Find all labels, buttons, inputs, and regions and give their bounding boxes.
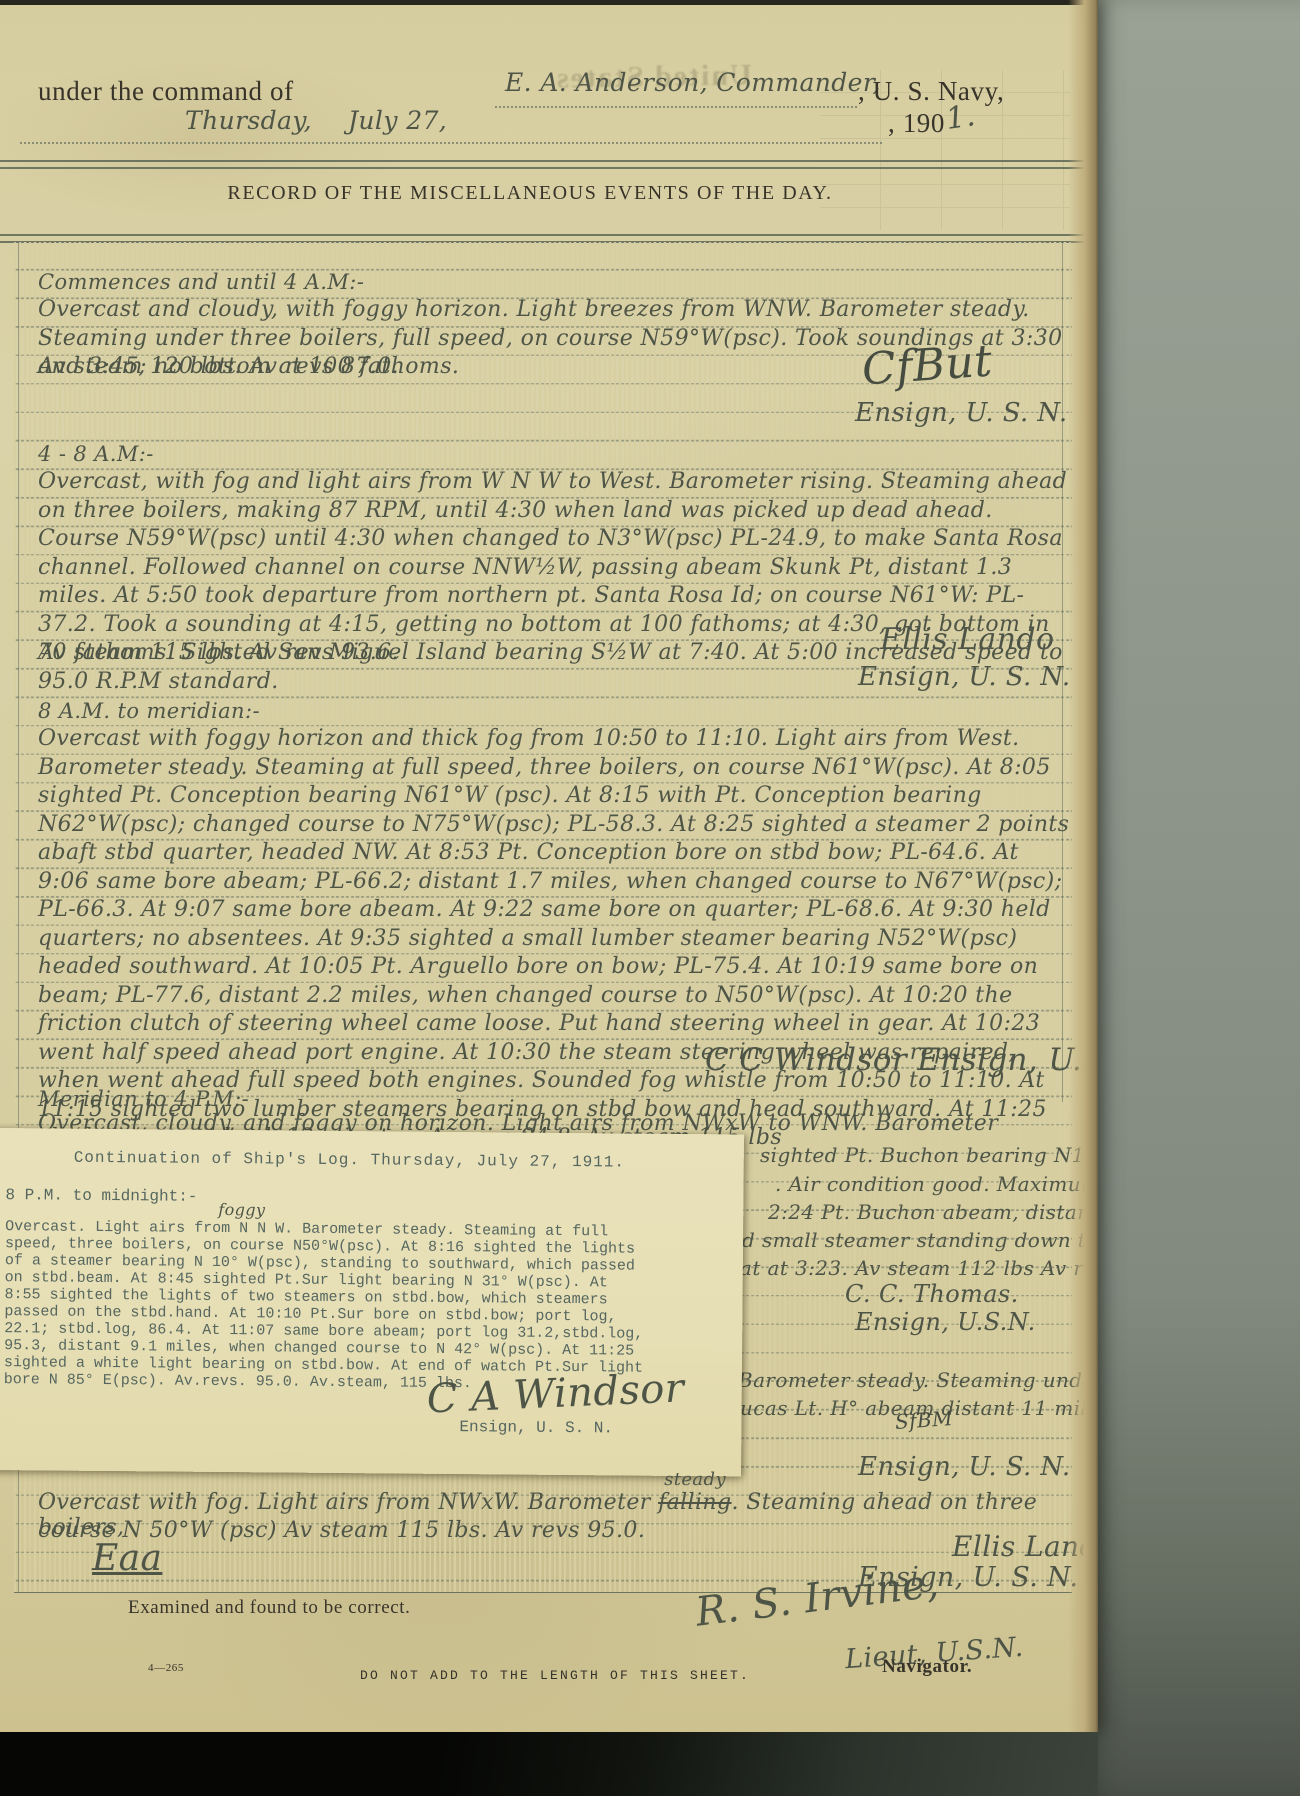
log-fragment: 2:24 Pt. Buchon abeam, distant — [768, 1200, 1098, 1224]
log-fragment: Barometer steady. Steaming under — [738, 1368, 1098, 1392]
struck-word: falling — [658, 1490, 731, 1515]
watch-entry-stats: Av steam 120 lbs. Av revs 87.0. — [38, 353, 399, 382]
command-prefix-label: under the command of — [38, 76, 294, 107]
watch-heading: 4 - 8 A.M:- — [38, 440, 154, 469]
signature: CfBut — [860, 336, 994, 396]
page-title: RECORD OF THE MISCELLANEOUS EVENTS OF TH… — [0, 182, 1060, 205]
signature-rank: Ensign, U. S. N. — [858, 662, 1071, 692]
signature-rank: Ensign, U.S.N. — [855, 1308, 1036, 1336]
year-handwritten: 1. — [944, 98, 978, 137]
sheet-warning: DO NOT ADD TO THE LENGTH OF THIS SHEET. — [360, 1668, 750, 1683]
watch-heading: 8 A.M. to meridian:- — [38, 697, 260, 726]
continuation-watch-heading: 8 P.M. to midnight:- — [5, 1186, 197, 1206]
log-fragment: . Air condition good. Maximum — [775, 1172, 1098, 1196]
signature: Ellis Lando — [880, 622, 1054, 657]
logbook-page: United States under the command of E. A.… — [0, 0, 1098, 1732]
year-printed: , 190 — [888, 108, 945, 139]
signature-rank: Ensign, U. S. N. — [855, 398, 1068, 428]
log-fragment: at at 3:23. Av steam 112 lbs Av revs 95- — [740, 1256, 1098, 1280]
inserted-word: steady — [664, 1469, 726, 1490]
continuation-sheet: Continuation of Ship's Log. Thursday, Ju… — [0, 1128, 744, 1477]
signature: Ellis Lando — [952, 1530, 1098, 1563]
navy-suffix-label: , U. S. Navy, — [858, 76, 1004, 107]
continuation-body: Overcast. Light airs from N N W. Baromet… — [4, 1218, 645, 1394]
log-fragment: sighted Pt. Buchon bearing N11°W(psc) — [760, 1143, 1098, 1167]
continuation-title: Continuation of Ship's Log. Thursday, Ju… — [74, 1149, 625, 1172]
scan-bottom-shadow — [0, 1732, 1098, 1796]
handwritten-insertion: foggy — [218, 1200, 265, 1219]
commander-name: E. A. Anderson, Commander, — [505, 68, 881, 97]
date: July 27, — [348, 106, 447, 135]
scan-backdrop — [1080, 0, 1300, 1796]
signature-rank: Ensign, U. S. N. — [459, 1418, 613, 1437]
signature: C A Windsor — [426, 1365, 685, 1422]
entry-text-pre: Overcast with fog. Light airs from NWxW.… — [38, 1490, 658, 1515]
signature-scrawl: SfBM — [894, 1406, 953, 1434]
initials: Eaa — [92, 1538, 162, 1579]
log-fragment: d small steamer standing down the — [742, 1228, 1098, 1252]
watch-entry-stats: Av steam 115 lbs. Av revs 93.6. — [38, 639, 399, 668]
signature: C. C. Thomas. — [845, 1280, 1019, 1308]
form-number: 4—265 — [148, 1662, 184, 1674]
date-line — [20, 104, 882, 144]
correction: fallingsteady — [658, 1490, 731, 1515]
signature-rank: Ensign, U. S. N. — [858, 1452, 1071, 1482]
examined-statement: Examined and found to be correct. — [128, 1597, 411, 1619]
header-rule — [0, 160, 1085, 162]
watch-heading: Commences and until 4 A.M:- — [38, 268, 364, 297]
navigator-label: Navigator. — [882, 1656, 972, 1678]
title-rule — [0, 234, 1085, 236]
scan-top-edge — [0, 0, 1098, 5]
header-rule — [0, 167, 1085, 169]
weekday: Thursday, — [185, 106, 312, 135]
signature: C C Windsor Ensign, U.S.N. — [705, 1042, 1098, 1078]
